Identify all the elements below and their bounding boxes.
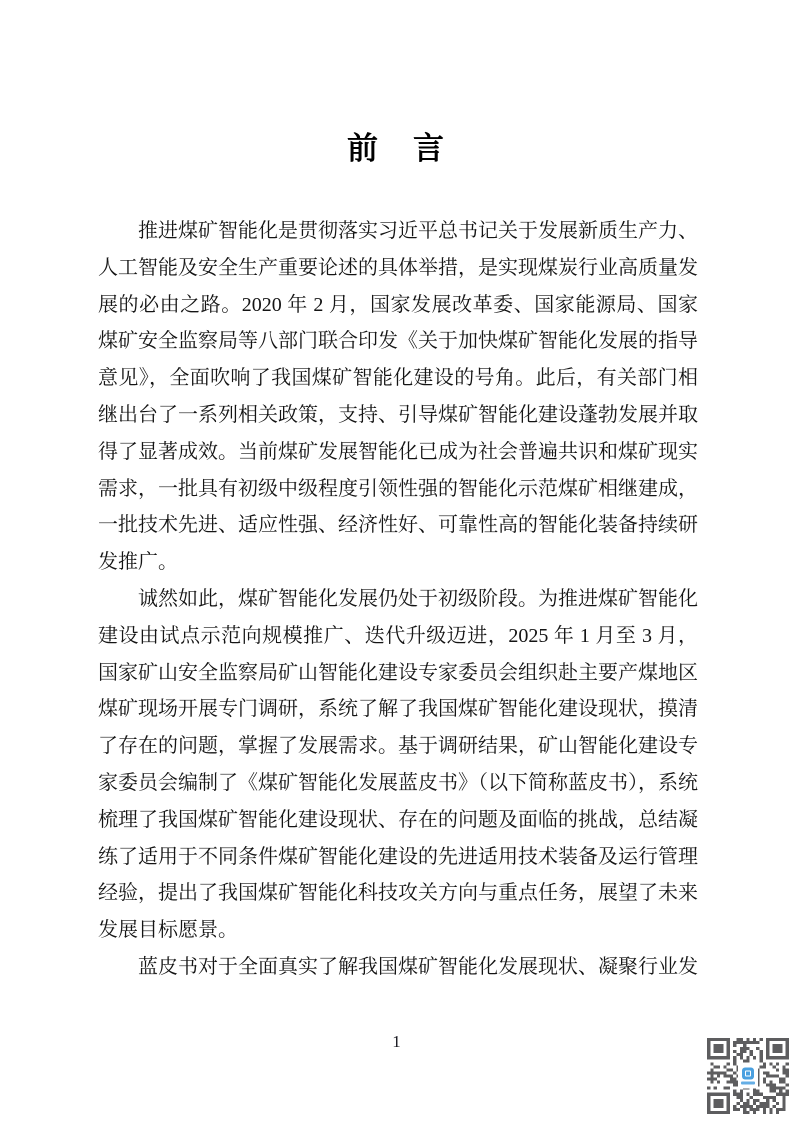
- document-page: 前 言 推进煤矿智能化是贯彻落实习近平总书记关于发展新质生产力、人工智能及安全生…: [0, 0, 793, 1122]
- qr-center-badge: [738, 1064, 758, 1089]
- paragraph: 推进煤矿智能化是贯彻落实习近平总书记关于发展新质生产力、人工智能及安全生产重要论…: [98, 213, 698, 581]
- paragraph: 诚然如此，煤矿智能化发展仍处于初级阶段。为推进煤矿智能化建设由试点示范向规模推广…: [98, 581, 698, 949]
- paragraph: 蓝皮书对于全面真实了解我国煤矿智能化发展现状、凝聚行业发: [98, 949, 698, 986]
- body-text: 推进煤矿智能化是贯彻落实习近平总书记关于发展新质生产力、人工智能及安全生产重要论…: [98, 213, 698, 986]
- page-number: 1: [0, 1030, 793, 1054]
- qr-logo-caption: [741, 1082, 755, 1085]
- page-title: 前 言: [0, 128, 793, 170]
- qr-logo-icon: [742, 1068, 754, 1080]
- qr-code: [707, 1038, 789, 1114]
